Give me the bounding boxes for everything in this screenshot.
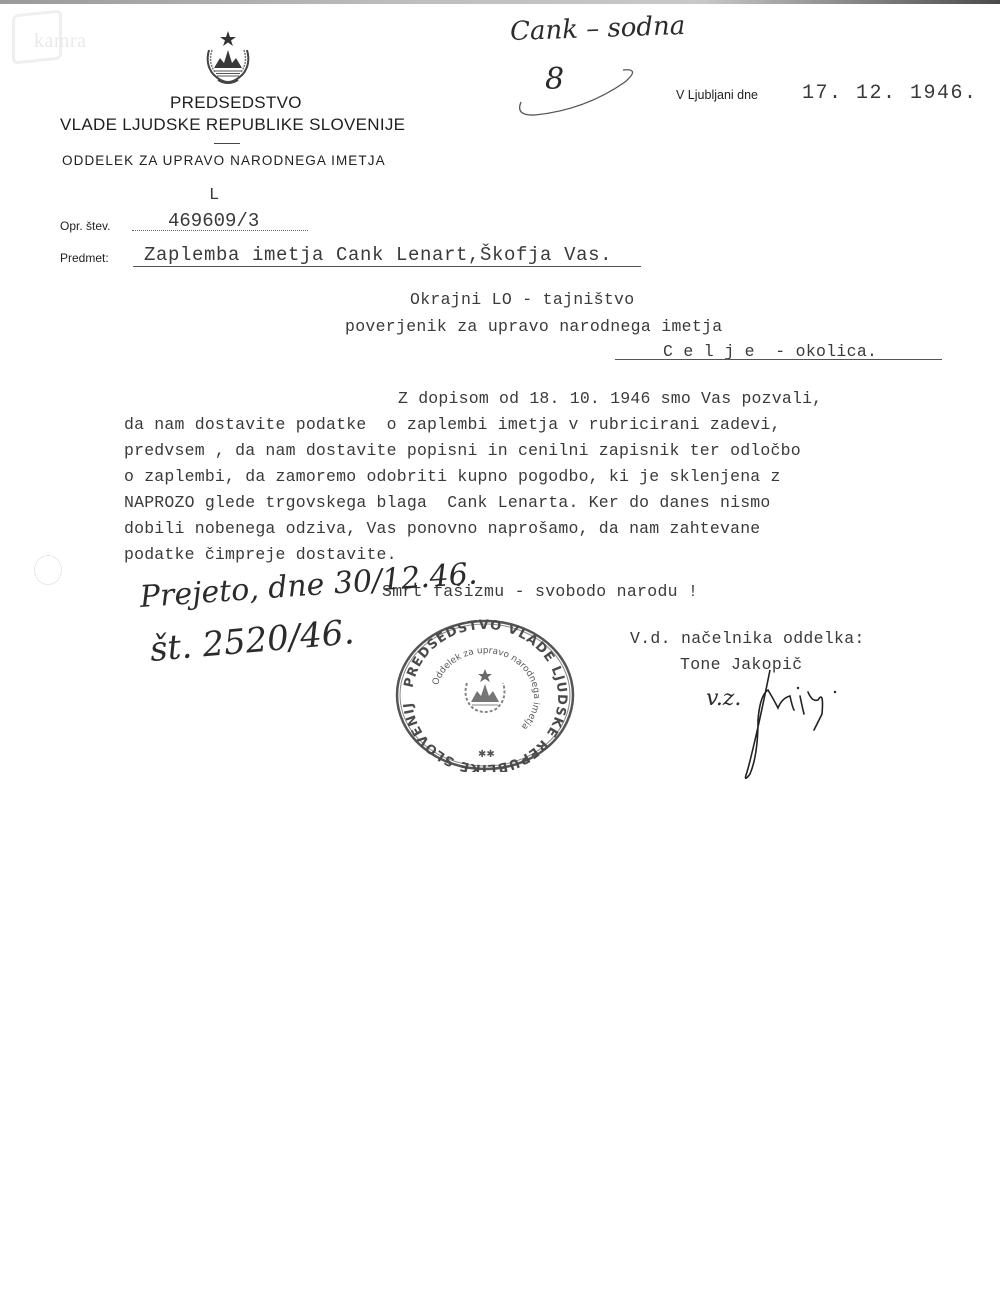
body-line-2: da nam dostavite podatke o zaplembi imet… [124,412,781,438]
reference-letter: L [209,186,219,205]
reference-label: Opr. štev. [60,219,110,233]
body-line-3: predvsem , da nam dostavite popisni in c… [124,438,801,464]
subject-label: Predmet: [60,251,109,265]
body-line-5: NAPROZO glede trgovskega blaga Cank Lena… [124,490,771,516]
body-line-4: o zaplembi, da zamoremo odobriti kupno p… [124,464,781,490]
recipient-line2: poverjenik za upravo narodnega imetja [345,317,722,336]
letterhead-line2: VLADE LJUDSKE REPUBLIKE SLOVENIJE [60,115,405,135]
slovenia-coat-of-arms-icon [203,30,253,88]
scan-top-edge [0,0,1000,4]
handwritten-signature-icon [700,670,850,780]
handwritten-receipt-number: št. 2520/46. [148,612,355,670]
recipient-line1: Okrajni LO - tajništvo [410,290,634,309]
place-label: V Ljubljani dne [676,88,758,102]
letter-date: 17. 12. 1946. [802,82,978,105]
body-line-1: Z dopisom od 18. 10. 1946 smo Vas pozval… [398,386,822,412]
kamra-watermark: kamra [12,12,122,60]
reference-number: 469609/3 [168,210,259,232]
watermark-text: kamra [34,30,86,53]
subject-text: Zaplemba imetja Cank Lenart,Škofja Vas. [144,244,612,266]
letterhead-department: ODDELEK ZA UPRAVO NARODNEGA IMETJA [62,153,386,168]
letterhead-line1: PREDSEDSTVO [170,93,302,113]
svg-text:✱✱: ✱✱ [478,749,495,760]
letterhead-divider [214,143,240,144]
handwritten-oval-mark [515,60,645,120]
handwritten-note: Cank – sodna [510,11,686,47]
signatory-title: V.d. načelnika oddelka: [630,629,865,648]
punch-hole-mark [34,555,62,585]
subject-underline [133,266,641,267]
recipient-underline [615,359,942,360]
official-seal-icon: PREDSEDSTVO VLADE LJUDSKE REPUBLIKE SLOV… [392,617,578,772]
body-line-6: dobili nobenega odziva, Vas ponovno napr… [124,516,760,542]
